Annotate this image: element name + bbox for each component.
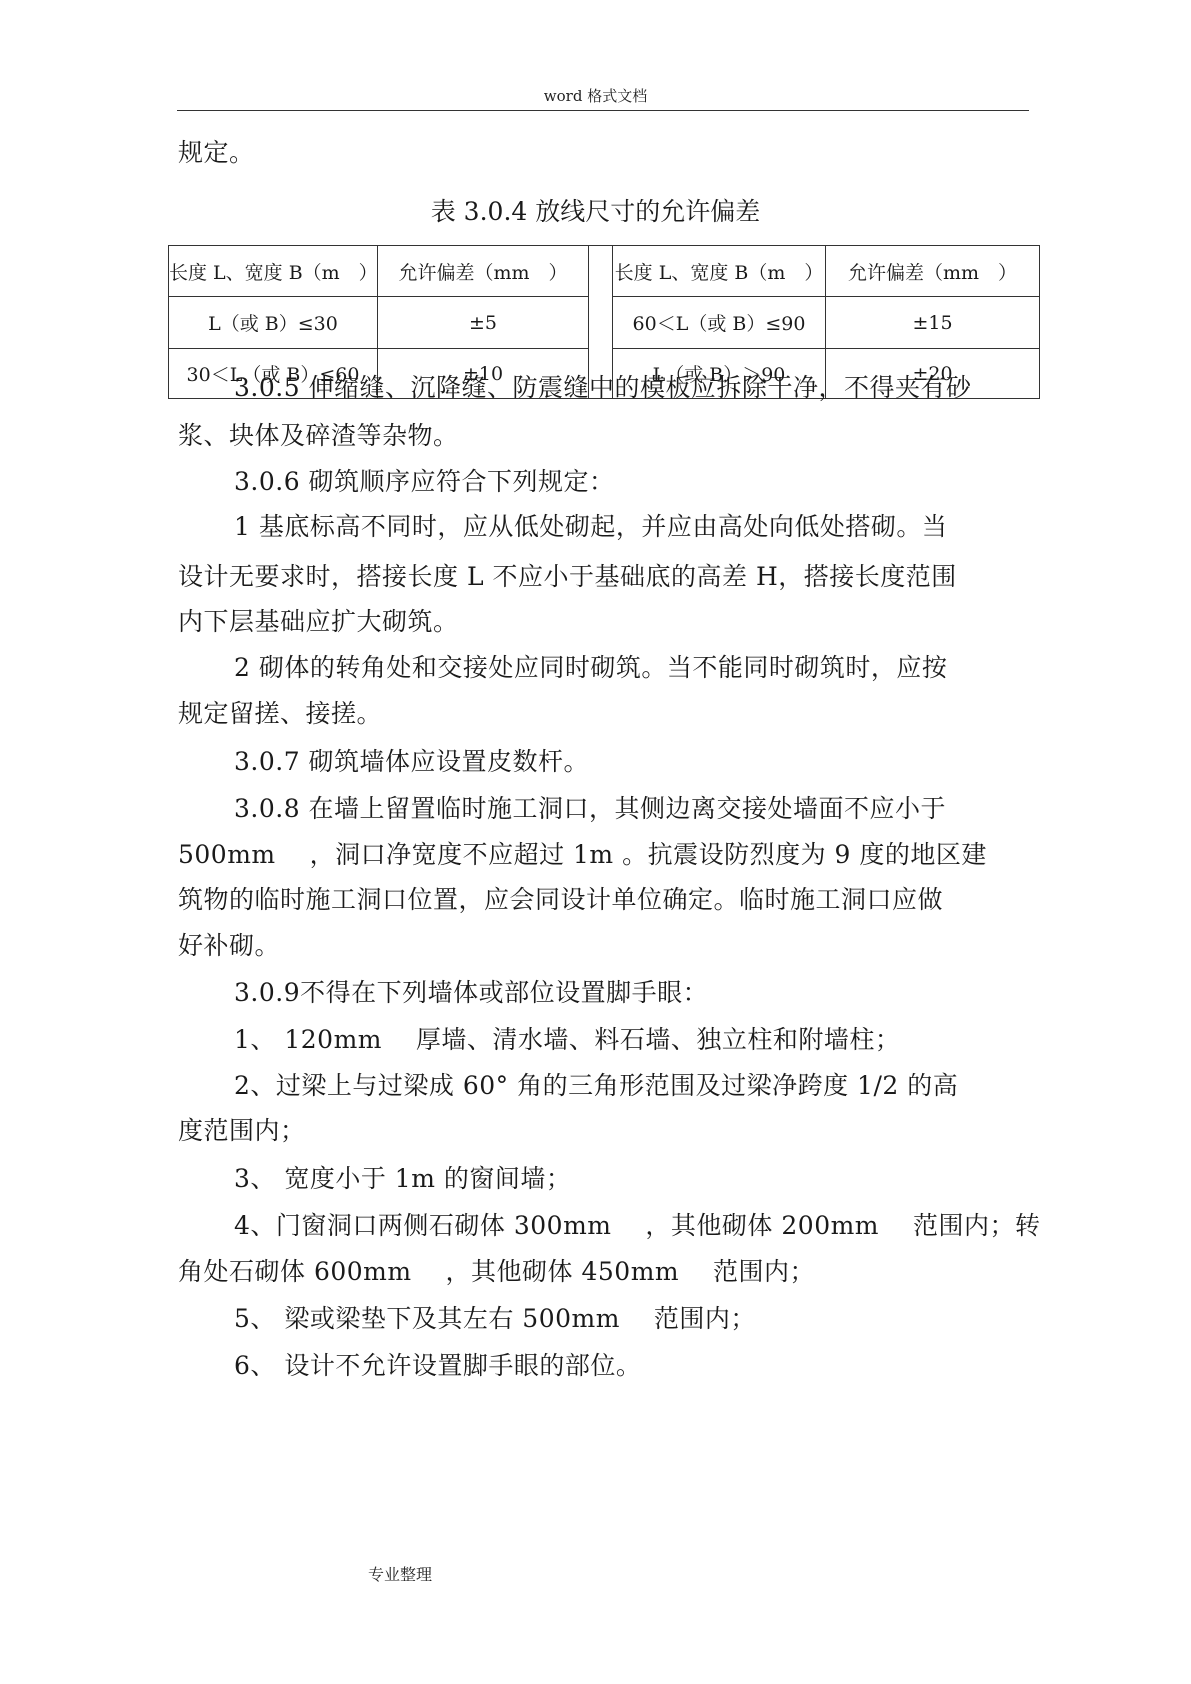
table-cell: ±15 bbox=[826, 297, 1040, 349]
paragraph-first-line: 2、过梁上与过梁成 60° 角的三角形范围及过梁净跨度 1/2 的高 bbox=[234, 1070, 1086, 1102]
body-line: 规定。 bbox=[178, 137, 1030, 169]
paragraph-first-line: 2 砌体的转角处和交接处应同时砌筑。当不能同时砌筑时，应按 bbox=[234, 652, 1086, 684]
paragraph-line: 内下层基础应扩大砌筑。 bbox=[178, 606, 1030, 638]
paragraph-first-line: 3.0.7 砌筑墙体应设置皮数杆。 bbox=[234, 746, 1086, 778]
table-cell: ±5 bbox=[378, 297, 589, 349]
paragraph-line: 设计无要求时，搭接长度 L 不应小于基础底的高差 H，搭接长度范围 bbox=[178, 561, 1030, 593]
paragraph-line: 浆、块体及碎渣等杂物。 bbox=[178, 420, 1030, 452]
paragraph-line: 好补砌。 bbox=[178, 930, 1030, 962]
paragraph-first-line: 3.0.9不得在下列墙体或部位设置脚手眼： bbox=[234, 977, 1086, 1009]
table-header-row: 长度 L、宽度 B（m ） 允许偏差（mm ） 长度 L、宽度 B（m ） 允许… bbox=[169, 246, 1040, 297]
paragraph-first-line: 1 基底标高不同时，应从低处砌起，并应由高处向低处搭砌。当 bbox=[234, 511, 1086, 543]
table-header-cell: 长度 L、宽度 B（m ） bbox=[169, 246, 378, 297]
header-rule bbox=[177, 110, 1029, 111]
table-cell: 60＜L（或 B）≤90 bbox=[613, 297, 826, 349]
paragraph-first-line: 3.0.5 伸缩缝、沉降缝、防震缝中的模板应拆除干净，不得夹有砂 bbox=[234, 372, 1086, 404]
paragraph-line: 筑物的临时施工洞口位置，应会同设计单位确定。临时施工洞口应做 bbox=[178, 884, 1030, 916]
paragraph-first-line: 1、 120mm 厚墙、清水墙、料石墙、独立柱和附墙柱； bbox=[234, 1024, 1086, 1056]
table-caption: 表 3.0.4 放线尺寸的允许偏差 bbox=[0, 196, 1191, 228]
page-header-title: word 格式文档 bbox=[0, 85, 1191, 106]
paragraph-first-line: 3.0.8 在墙上留置临时施工洞口，其侧边离交接处墙面不应小于 bbox=[234, 793, 1086, 825]
paragraph-line: 规定留搓、接搓。 bbox=[178, 698, 1030, 730]
page-footer-text: 专业整理 bbox=[368, 1562, 432, 1585]
table-cell: L（或 B）≤30 bbox=[169, 297, 378, 349]
paragraph-first-line: 5、 梁或梁垫下及其左右 500mm 范围内； bbox=[234, 1303, 1086, 1335]
paragraph-line: 角处石砌体 600mm ，其他砌体 450mm 范围内； bbox=[178, 1256, 1030, 1288]
paragraph-line: 500mm ，洞口净宽度不应超过 1m 。抗震设防烈度为 9 度的地区建 bbox=[178, 839, 1030, 871]
table-header-cell: 允许偏差（mm ） bbox=[826, 246, 1040, 297]
table-header-cell: 允许偏差（mm ） bbox=[378, 246, 589, 297]
table-header-cell: 长度 L、宽度 B（m ） bbox=[613, 246, 826, 297]
paragraph-first-line: 6、 设计不允许设置脚手眼的部位。 bbox=[234, 1350, 1086, 1382]
paragraph-first-line: 3、 宽度小于 1m 的窗间墙； bbox=[234, 1163, 1086, 1195]
paragraph-line: 度范围内； bbox=[178, 1115, 1030, 1147]
paragraph-first-line: 3.0.6 砌筑顺序应符合下列规定： bbox=[234, 466, 1086, 498]
paragraph-first-line: 4、门窗洞口两侧石砌体 300mm ，其他砌体 200mm 范围内；转 bbox=[234, 1210, 1086, 1242]
